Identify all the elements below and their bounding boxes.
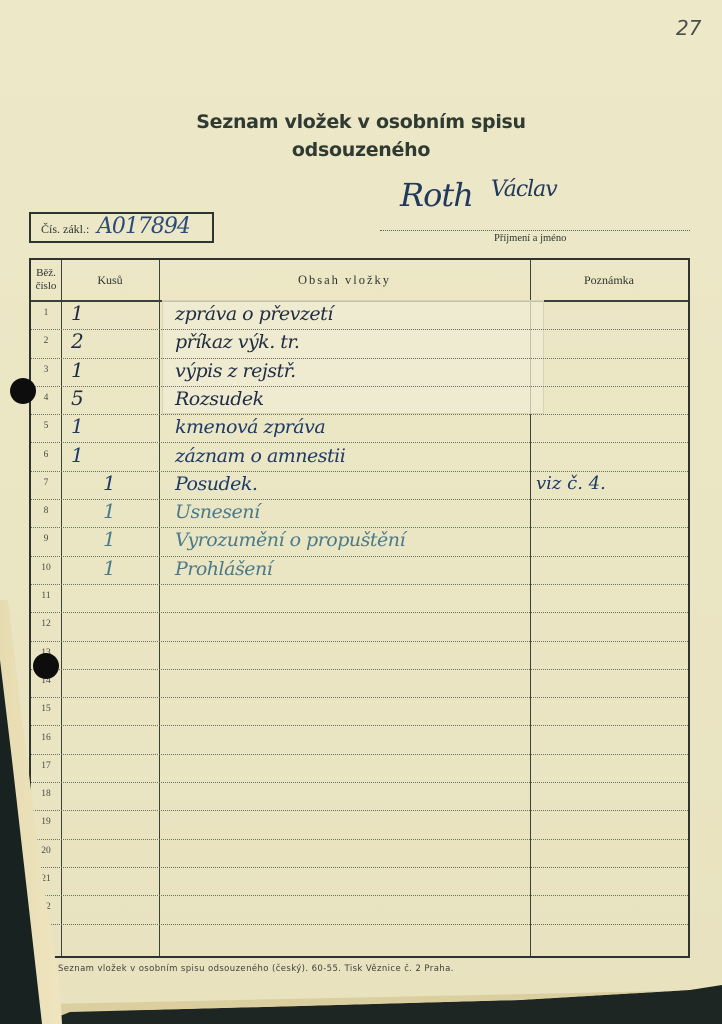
inserts-table: Běž. číslo Kusů Obsah vložky Poznámka 11… [29, 258, 690, 958]
row-number: 6 [31, 450, 61, 460]
row-contents: Prohlášení [175, 558, 272, 580]
document-title: Seznam vložek v osobním spisu odsouzenéh… [0, 108, 722, 164]
table-row: 17 [31, 754, 688, 783]
row-contents: výpis z rejstř. [175, 360, 296, 382]
row-number: 15 [31, 704, 61, 714]
table-row: 12 [31, 612, 688, 641]
table-row: 45Rozsudek [31, 386, 688, 415]
row-number: 9 [31, 534, 61, 544]
row-pieces: 1 [71, 414, 151, 438]
document-page: 27 Seznam vložek v osobním spisu odsouze… [0, 0, 722, 1010]
table-row: 21 [31, 867, 688, 896]
base-number-label: Čís. zákl.: [41, 222, 89, 237]
row-pieces: 1 [103, 527, 183, 551]
row-number: 16 [31, 733, 61, 743]
page-number: 27 [676, 16, 701, 40]
row-pieces: 1 [71, 358, 151, 382]
table-row: 31výpis z rejstř. [31, 358, 688, 387]
table-row: 14 [31, 669, 688, 698]
title-line-1: Seznam vložek v osobním spisu [0, 108, 722, 136]
name-field-label: Příjmení a jméno [494, 233, 566, 244]
row-number: 11 [31, 591, 61, 601]
prisoner-name: RothVáclav [400, 176, 557, 214]
row-number: 10 [31, 563, 61, 573]
row-number: 17 [31, 761, 61, 771]
row-number: 5 [31, 421, 61, 431]
table-row: 15 [31, 697, 688, 726]
base-number-box: Čís. zákl.: A017894 [29, 212, 214, 243]
surname: Roth [400, 176, 473, 214]
row-number: 2 [31, 336, 61, 346]
row-contents: Usnesení [175, 501, 260, 523]
row-pieces: 1 [71, 443, 151, 467]
table-row: 20 [31, 839, 688, 868]
header-pieces: Kusů [61, 260, 159, 300]
punch-hole [10, 378, 36, 404]
row-note: viz č. 4. [536, 473, 606, 494]
name-dotted-line [380, 230, 690, 231]
table-row: 11 [31, 584, 688, 613]
header-serial-number: Běž. číslo [31, 260, 61, 300]
table-row: 81Usnesení [31, 499, 688, 528]
table-row: 19 [31, 810, 688, 839]
table-row: 91Vyrozumění o propuštění [31, 527, 688, 556]
row-number: 1 [31, 308, 61, 318]
row-pieces: 2 [71, 329, 151, 353]
row-contents: Vyrozumění o propuštění [175, 529, 405, 551]
header-contents: Obsah vložky [159, 260, 530, 300]
row-number: 18 [31, 789, 61, 799]
table-row: 11zpráva o převzetí [31, 301, 688, 330]
punch-hole [33, 653, 59, 679]
row-number: 3 [31, 365, 61, 375]
row-number: 7 [31, 478, 61, 488]
row-pieces: 1 [103, 499, 183, 523]
row-contents: kmenová zpráva [175, 416, 325, 438]
row-pieces: 1 [71, 301, 151, 325]
table-row: 71Posudek.viz č. 4. [31, 471, 688, 500]
title-line-2: odsouzeného [0, 136, 722, 164]
form-footer: Seznam vložek v osobním spisu odsouzenéh… [58, 964, 454, 974]
row-contents: zpráva o převzetí [175, 303, 333, 325]
header-note: Poznámka [530, 260, 688, 300]
row-pieces: 1 [103, 556, 183, 580]
table-row: 13 [31, 641, 688, 670]
table-row: 16 [31, 726, 688, 755]
first-name: Václav [491, 177, 557, 202]
table-row: 61záznam o amnestii [31, 443, 688, 472]
row-contents: záznam o amnestii [175, 445, 345, 467]
table-row: 101Prohlášení [31, 556, 688, 585]
row-number: 8 [31, 506, 61, 516]
row-pieces: 5 [71, 386, 151, 410]
row-number: 12 [31, 619, 61, 629]
base-number-value: A017894 [97, 214, 190, 239]
row-contents: Posudek. [175, 473, 257, 495]
row-contents: příkaz výk. tr. [175, 331, 299, 353]
table-row: 18 [31, 782, 688, 811]
table-row: 51kmenová zpráva [31, 414, 688, 443]
table-row: 22příkaz výk. tr. [31, 329, 688, 358]
row-pieces: 1 [103, 471, 183, 495]
row-contents: Rozsudek [175, 388, 264, 410]
table-row: 22 [31, 895, 688, 924]
